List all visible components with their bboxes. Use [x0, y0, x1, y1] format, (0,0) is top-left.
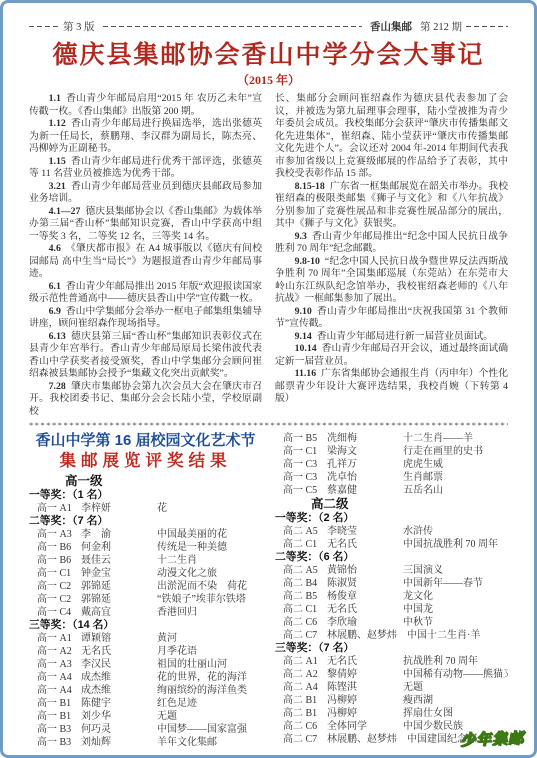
event-date: 9.3 [295, 231, 307, 242]
award-entry-title: 生肖邮票 [403, 471, 508, 484]
award-student: 郭锦延 [81, 593, 147, 606]
page-subtitle: （2015 年） [29, 71, 508, 88]
award-entry-title: 花的世界，花的海洋 [157, 671, 262, 684]
award-entry-title: 中国十二生肖·羊 [407, 629, 508, 642]
event-paragraph: 长、集邮分会顾问崔绍森作为德庆县代表参加了会议，并被选为第九届理事会理事，陆小莹… [275, 93, 508, 181]
award-row: 高二 C6李欣瑜中秋节 [275, 616, 508, 629]
events-column-right: 长、集邮分会顾问崔绍森作为德庆县代表参加了会议，并被选为第九届理事会理事，陆小莹… [275, 93, 508, 418]
page-number: 第 3 版 [63, 19, 95, 34]
award-class: 高二 B1 [275, 707, 327, 720]
event-paragraph: 6.1香山青少年邮局推出 2015 年版“欢迎报读国家级示范性普通高中——德庆县… [29, 281, 262, 306]
award-student: 无名氏 [327, 538, 393, 551]
award-row: 高二 B4陈淑贤中国新年——春节 [275, 577, 508, 590]
award-student: 黎倩婷 [327, 668, 393, 681]
events-column-left: 1.1香山青少年邮局启用“2015 年 农历乙未年”宣传戳一枚。《香山集邮》出版… [29, 93, 262, 418]
award-student: 陈铿淇 [327, 681, 393, 694]
award-row: 高一 C5蔡嘉健五岳名山 [275, 484, 508, 497]
event-paragraph: 3.21香山青少年邮局营业员到德庆县邮政局参加业务培训。 [29, 181, 262, 206]
award-row: 高一 C2郭锦延出淤泥而不染 荷花 [29, 580, 262, 593]
award-student: 李欣瑜 [327, 616, 393, 629]
award-class: 高一 B3 [29, 736, 81, 749]
award-class: 高一 B3 [29, 723, 81, 736]
award-row: 高一 A1李梓妍花 [29, 502, 262, 515]
award-row: 高一 C1钟金宝动漫文化之旅 [29, 567, 262, 580]
award-student: 黄锦怡 [327, 564, 393, 577]
event-paragraph: 7.28肇庆市集邮协会第九次会员大会在肇庆市召开。我校团委书记、集邮分会会长陆小… [29, 381, 262, 419]
award-student: 杨俊章 [327, 590, 393, 603]
award-class: 高一 A4 [29, 684, 81, 697]
award-row: 高二 A5黄锦怡三国演义 [275, 564, 508, 577]
award-class: 高二 A1 [275, 655, 327, 668]
award-student: 李汉民 [81, 658, 147, 671]
award-student: 冼细梅 [327, 432, 393, 445]
event-paragraph: 6.13德庆县第三届“香山杯”集邮知识表彰仪式在县青少年宫举行。香山青少年邮局原… [29, 331, 262, 381]
award-entry-title: 中秋节 [403, 616, 508, 629]
award-student: 谭颖镕 [81, 632, 147, 645]
tier-heading: 二等奖：（6 名） [275, 551, 508, 564]
event-date: 1.12 [49, 118, 66, 129]
award-student: 无名氏 [327, 603, 393, 616]
award-class: 高二 C6 [275, 720, 327, 733]
award-class: 高一 C1 [29, 567, 81, 580]
event-date: 10.14 [295, 343, 317, 354]
newsletter-page: 第 3 版 香山集邮 第 212 期 德庆县集邮协会香山中学分会大事记 （201… [0, 0, 537, 758]
awards-section: 香山中学第 16 届校园文化艺术节 集邮展览评奖结果 高一级一等奖：（1 名）高… [29, 432, 508, 749]
event-date: 1.15 [49, 156, 66, 167]
award-class: 高一 C4 [29, 606, 81, 619]
awards-list-left: 高一级一等奖：（1 名）高一 A1李梓妍花二等奖：（7 名）高一 A3李 渝中国… [29, 474, 262, 749]
events-section: 1.1香山青少年邮局启用“2015 年 农历乙未年”宣传戳一枚。《香山集邮》出版… [29, 93, 508, 418]
award-class: 高一 A2 [29, 645, 81, 658]
award-entry-title: 动漫文化之旅 [157, 567, 262, 580]
award-entry-title: 水浒传 [403, 525, 508, 538]
award-row: 高二 A4陈铿淇无题 [275, 681, 508, 694]
award-student: 成杰维 [81, 671, 147, 684]
award-class: 高一 A3 [29, 658, 81, 671]
event-date: 6.9 [49, 306, 61, 317]
event-date: 11.16 [295, 368, 317, 379]
award-student: 冯柳婷 [327, 694, 393, 707]
award-row: 高二 B1冯柳婷挥扇仕女图 [275, 707, 508, 720]
award-student: 钟金宝 [81, 567, 147, 580]
award-row: 高一 B5冼细梅十二生肖——羊 [275, 432, 508, 445]
award-entry-title: 中国梦——国家富强 [157, 723, 262, 736]
award-student: 林展鹏、赵梦炜 [327, 629, 397, 642]
award-class: 高二 C6 [275, 616, 327, 629]
event-date: 8.15-18 [295, 181, 325, 192]
award-class: 高二 A5 [275, 525, 327, 538]
event-date: 9.8-10 [295, 256, 320, 267]
award-student: 聂佳云 [81, 554, 147, 567]
award-student: 梁海文 [327, 445, 393, 458]
award-class: 高一 C2 [29, 593, 81, 606]
award-class: 高一 B6 [29, 541, 81, 554]
award-student: 李梓妍 [81, 502, 147, 515]
award-entry-title: 五岳名山 [403, 484, 508, 497]
tier-heading: 一等奖：（2 名） [275, 512, 508, 525]
award-class: 高一 C3 [275, 471, 327, 484]
issue-number: 第 212 期 [420, 19, 462, 34]
award-student: 何巧灵 [81, 723, 147, 736]
event-paragraph: 8.15-18广东省一框集邮展览在韶关市举办。我校崔绍森的极限类邮集《狮子与文化… [275, 181, 508, 231]
award-student: 刘灿辉 [81, 736, 147, 749]
award-row: 高二 B1冯柳婷瘦西湖 [275, 694, 508, 707]
award-student: 无名氏 [327, 655, 393, 668]
festival-title: 香山中学第 16 届校园文化艺术节 [29, 432, 262, 450]
award-class: 高二 C7 [275, 629, 327, 642]
award-row: 高一 B1陈健宇红色足迹 [29, 697, 262, 710]
awards-list-right: 高一 B5冼细梅十二生肖——羊高一 C1梁海文行走在画里的史书高一 C3孔祥万虎… [275, 432, 508, 746]
award-class: 高一 A4 [29, 671, 81, 684]
award-row: 高一 B6何金利传统是一种美德 [29, 541, 262, 554]
award-entry-title: 挥扇仕女图 [403, 707, 508, 720]
award-entry-title: 无题 [157, 710, 262, 723]
award-row: 高一 A1谭颖镕黄河 [29, 632, 262, 645]
award-entry-title: 红色足迹 [157, 697, 262, 710]
event-paragraph: 6.9香山中学集邮分会举办一框电子邮集组集辅导讲座，顾问崔绍森作现场指导。 [29, 306, 262, 331]
award-class: 高一 A3 [29, 528, 81, 541]
award-row: 高一 A4成杰维绚丽缤纷的海洋鱼类 [29, 684, 262, 697]
event-date: 6.1 [49, 281, 61, 292]
award-student: 林展鹏、赵梦炜 [327, 733, 397, 746]
award-class: 高一 C3 [275, 458, 327, 471]
grade-heading: 高一级 [65, 474, 262, 489]
award-class: 高二 C1 [275, 538, 327, 551]
award-student: 陈淑贤 [327, 577, 393, 590]
award-row: 高一 C1梁海文行走在画里的史书 [275, 445, 508, 458]
event-date: 1.1 [49, 93, 61, 104]
award-entry-title: 中国最美丽的花 [157, 528, 262, 541]
award-entry-title: 中国抗战胜利 70 周年 [403, 538, 508, 551]
award-entry-title: 行走在画里的史书 [403, 445, 508, 458]
award-row: 高一 A3李汉民祖国的壮丽山河 [29, 658, 262, 671]
award-entry-title: 龙文化 [403, 590, 508, 603]
award-row: 高二 C7林展鹏、赵梦炜中国十二生肖·羊 [275, 629, 508, 642]
award-student: 全体同学 [327, 720, 393, 733]
award-class: 高二 B1 [275, 694, 327, 707]
award-class: 高一 C5 [275, 484, 327, 497]
page-title: 德庆县集邮协会香山中学分会大事记 [29, 40, 508, 70]
award-entry-title: 羊年文化集邮 [157, 736, 262, 749]
award-class: 高二 A4 [275, 681, 327, 694]
header-dash-right [466, 26, 508, 27]
event-date: 6.13 [49, 331, 66, 342]
award-entry-title: 出淤泥而不染 荷花 [157, 580, 262, 593]
award-student: 李 渝 [81, 528, 147, 541]
award-entry-title: 抗战胜利 70 周年 [403, 655, 508, 668]
event-date: 4.1—27 [49, 206, 81, 217]
award-student: 蔡嘉健 [327, 484, 393, 497]
header-dash-middle [103, 26, 363, 27]
award-entry-title: 祖国的壮丽山河 [157, 658, 262, 671]
award-row: 高一 B1刘少华无题 [29, 710, 262, 723]
award-row: 高二 A5李晓莹水浒传 [275, 525, 508, 538]
event-paragraph: 9.14香山青少年邮局进行新一届营业员面试。 [275, 331, 508, 344]
award-entry-title: 中国龙 [403, 603, 508, 616]
award-class: 高二 B5 [275, 590, 327, 603]
award-class: 高二 A5 [275, 564, 327, 577]
award-row: 高一 C3孔祥万虎虎生威 [275, 458, 508, 471]
award-student: 陈健宇 [81, 697, 147, 710]
award-entry-title: 三国演义 [403, 564, 508, 577]
event-paragraph: 1.12香山青少年邮局进行换届选举，选出张德英为新一任局长，蔡鹏翔、李汉群为副局… [29, 118, 262, 156]
award-entry-title: 传统是一种美德 [157, 541, 262, 554]
asterisk-separator: ****************************************… [29, 421, 508, 430]
award-entry-title: 黄河 [157, 632, 262, 645]
award-class: 高一 A1 [29, 502, 81, 515]
award-class: 高二 B4 [275, 577, 327, 590]
award-entry-title: 瘦西湖 [403, 694, 508, 707]
event-paragraph: 10.14香山青少年邮局召开会议，通过最终面试确定新一届营业员。 [275, 343, 508, 368]
event-date: 7.28 [49, 381, 66, 392]
award-class: 高一 B1 [29, 710, 81, 723]
header-dash-left [29, 26, 59, 27]
award-row: 高一 C4戴高宜香港回归 [29, 606, 262, 619]
event-paragraph: 9.3香山青少年邮局推出“纪念中国人民抗日战争胜利 70 周年”纪念邮戳。 [275, 231, 508, 256]
award-row: 高一 A4成杰维花的世界，花的海洋 [29, 671, 262, 684]
award-entry-title: 中国新年——春节 [403, 577, 508, 590]
grade-heading: 高二级 [311, 497, 508, 512]
award-class: 高一 B1 [29, 697, 81, 710]
publication-name: 香山集邮 [370, 19, 412, 34]
award-row: 高二 C1无名氏中国抗战胜利 70 周年 [275, 538, 508, 551]
award-entry-title: 虎虎生威 [403, 458, 508, 471]
award-entry-title: 十二生肖——羊 [403, 432, 508, 445]
event-paragraph: 4.1—27德庆县集邮协会以《香山集邮》为载体举办第三届“香山杯”集邮知识竞赛，… [29, 206, 262, 244]
award-class: 高一 B6 [29, 554, 81, 567]
event-paragraph: 9.10香山青少年邮局推出“庆祝我国第 31 个教师节”宣传戳。 [275, 306, 508, 331]
award-student: 何金利 [81, 541, 147, 554]
award-entry-title: 香港回归 [157, 606, 262, 619]
award-class: 高二 C1 [275, 603, 327, 616]
event-paragraph: 1.1香山青少年邮局启用“2015 年 农历乙未年”宣传戳一枚。《香山集邮》出版… [29, 93, 262, 118]
event-date: 9.10 [295, 306, 312, 317]
event-paragraph: 4.6《肇庆都市报》在 A4 城事版以《德庆有间校园邮局 高中生当“局长”》为题… [29, 243, 262, 281]
event-paragraph: 9.8-10“纪念中国人民抗日战争暨世界反法西斯战争胜利 70 周年”全国集邮巡… [275, 256, 508, 306]
awards-column-right: 高一 B5冼细梅十二生肖——羊高一 C1梁海文行走在画里的史书高一 C3孔祥万虎… [275, 432, 508, 749]
award-entry-title: 绚丽缤纷的海洋鱼类 [157, 684, 262, 697]
tier-heading: 二等奖：（7 名） [29, 515, 262, 528]
page-header: 第 3 版 香山集邮 第 212 期 [29, 19, 508, 34]
award-student: 无名氏 [81, 645, 147, 658]
award-row: 高一 B6聂佳云十二生肖 [29, 554, 262, 567]
event-date: 4.6 [49, 243, 61, 254]
award-class: 高二 C7 [275, 733, 327, 746]
award-student: 戴高宜 [81, 606, 147, 619]
award-entry-title: “铁娘子”埃菲尔铁塔 [157, 593, 262, 606]
award-student: 成杰维 [81, 684, 147, 697]
award-student: 冼卓怡 [327, 471, 393, 484]
award-student: 孔祥万 [327, 458, 393, 471]
award-row: 高二 A1无名氏抗战胜利 70 周年 [275, 655, 508, 668]
award-student: 刘少华 [81, 710, 147, 723]
award-class: 高一 C2 [29, 580, 81, 593]
award-row: 高一 A2无名氏月季花语 [29, 645, 262, 658]
tier-heading: 三等奖：（14 名） [29, 619, 262, 632]
event-paragraph: 1.15香山青少年邮局进行优秀干部评选，张德英等 11 名营业员被推选为优秀干部… [29, 156, 262, 181]
event-paragraph: 11.16广东省集邮协会通报生肖（丙申年）个性化邮票青少年设计大赛评选结果，我校… [275, 368, 508, 406]
young-philately-logo: 少年集邮 [460, 727, 525, 750]
award-entry-title: 无题 [403, 681, 508, 694]
event-date: 9.14 [295, 331, 312, 342]
award-entry-title: 花 [157, 502, 262, 515]
event-date: 3.21 [49, 181, 66, 192]
award-class: 高一 A1 [29, 632, 81, 645]
award-row: 高一 B3何巧灵中国梦——国家富强 [29, 723, 262, 736]
award-class: 高二 A2 [275, 668, 327, 681]
award-row: 高一 A3李 渝中国最美丽的花 [29, 528, 262, 541]
award-entry-title: 十二生肖 [157, 554, 262, 567]
awards-column-left: 香山中学第 16 届校园文化艺术节 集邮展览评奖结果 高一级一等奖：（1 名）高… [29, 432, 262, 749]
award-entry-title: 月季花语 [157, 645, 262, 658]
tier-heading: 一等奖：（1 名） [29, 489, 262, 502]
award-row: 高一 C3冼卓怡生肖邮票 [275, 471, 508, 484]
award-row: 高二 A2黎倩婷中国稀有动物——熊猫又名国宝 [275, 668, 508, 681]
results-title: 集邮展览评奖结果 [29, 451, 262, 471]
award-row: 高二 B5杨俊章龙文化 [275, 590, 508, 603]
award-row: 高二 C1无名氏中国龙 [275, 603, 508, 616]
award-class: 高一 B5 [275, 432, 327, 445]
award-student: 李晓莹 [327, 525, 393, 538]
award-row: 高一 C2郭锦延“铁娘子”埃菲尔铁塔 [29, 593, 262, 606]
award-student: 冯柳婷 [327, 707, 393, 720]
award-class: 高一 C1 [275, 445, 327, 458]
award-student: 郭锦延 [81, 580, 147, 593]
tier-heading: 三等奖：（7 名） [275, 642, 508, 655]
award-row: 高一 B3刘灿辉羊年文化集邮 [29, 736, 262, 749]
award-entry-title: 中国稀有动物——熊猫又名国宝 [403, 668, 508, 681]
